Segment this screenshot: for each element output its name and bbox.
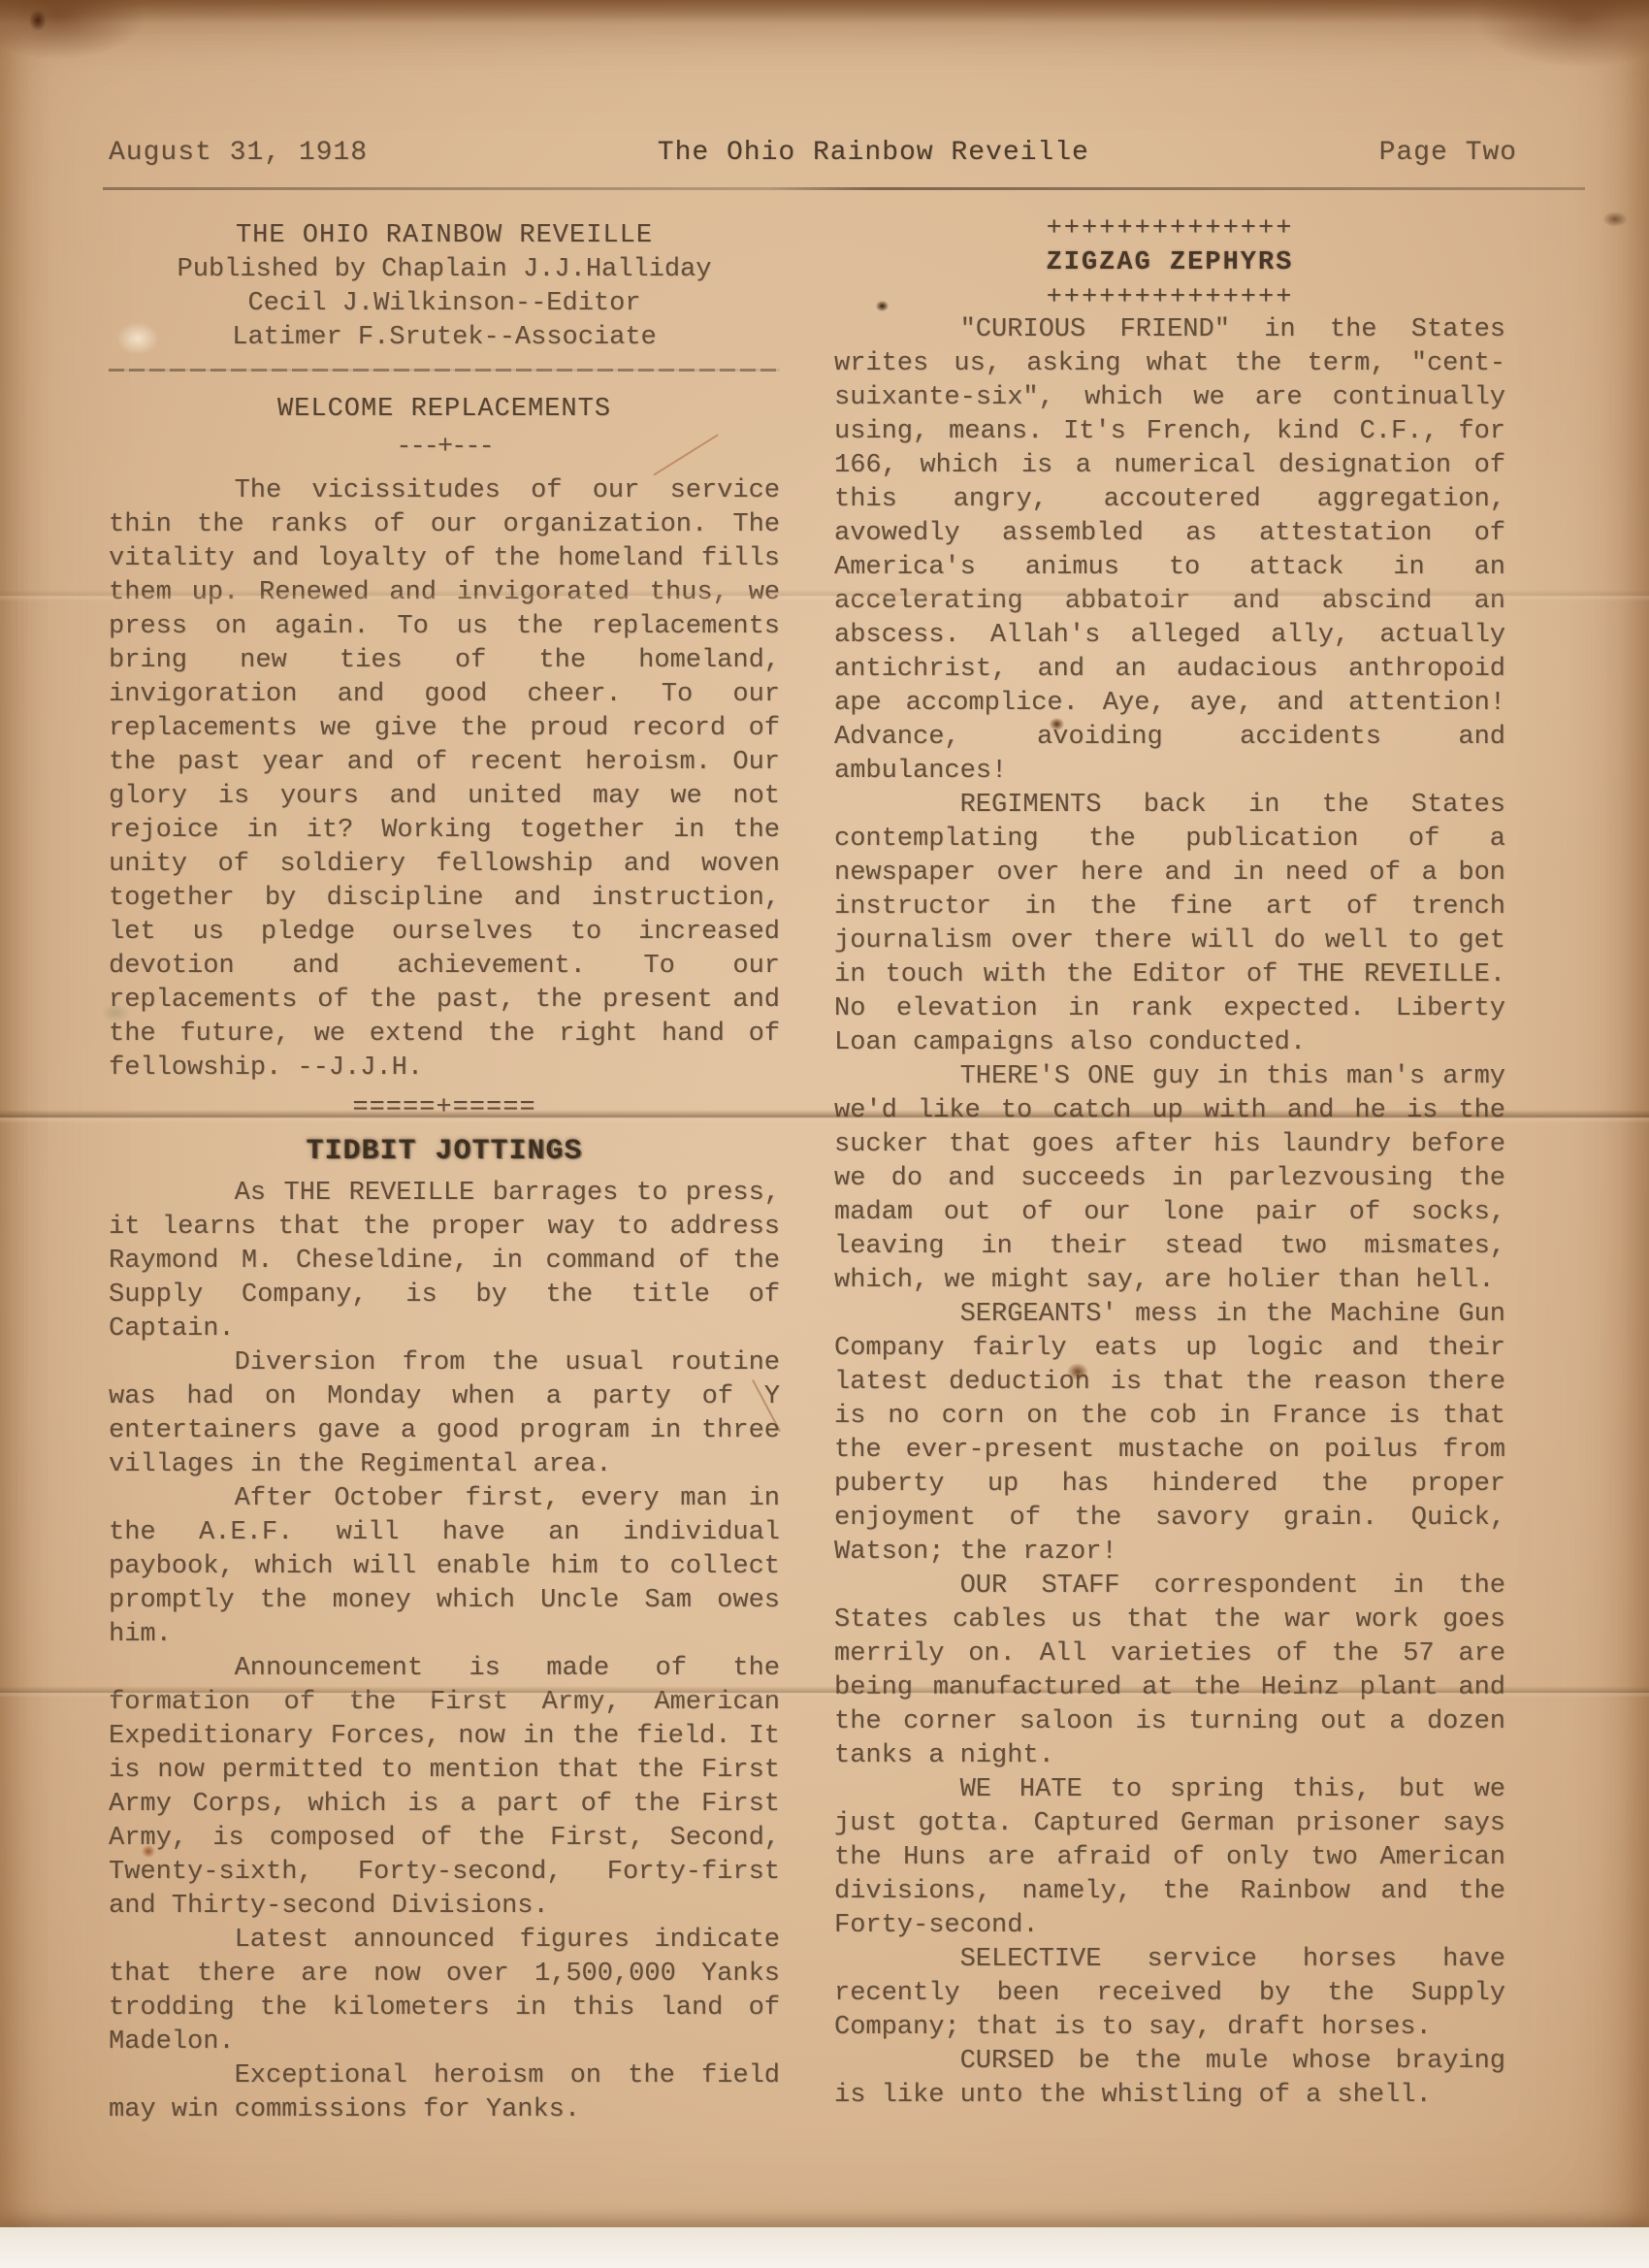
welcome-paragraph: The vicissitudes of our service thin the… — [109, 474, 780, 1085]
header-rule — [103, 187, 1585, 190]
masthead-divider — [109, 369, 780, 372]
scan-bottom-edge — [0, 2227, 1649, 2268]
masthead-title: THE OHIO RAINBOW REVEILLE — [109, 219, 780, 253]
tidbit-heading: TIDBIT JOTTINGS — [109, 1135, 780, 1169]
tidbit-paragraph: As THE REVEILLE barrages to press, it le… — [109, 1177, 780, 1346]
masthead-publisher: Published by Chaplain J.J.Halliday — [109, 253, 780, 287]
ink-spot — [29, 10, 47, 31]
welcome-heading: WELCOME REPLACEMENTS — [109, 393, 780, 427]
masthead-editor: Cecil J.Wilkinson--Editor — [109, 287, 780, 321]
scan-top-edge — [0, 0, 1649, 23]
masthead: THE OHIO RAINBOW REVEILLE Published by C… — [109, 219, 780, 355]
issue-date: August 31, 1918 — [109, 138, 368, 168]
page-number: Page Two — [1379, 138, 1517, 168]
zigzag-border-bottom: ++++++++++++++ — [834, 282, 1505, 313]
tidbit-paragraph: Latest announced figures indicate that t… — [109, 1924, 780, 2059]
zigzag-paragraph: "CURIOUS FRIEND" in the States writes us… — [834, 313, 1505, 789]
paper-stain — [1602, 211, 1628, 227]
newspaper-page-scan: August 31, 1918 The Ohio Rainbow Reveill… — [0, 0, 1649, 2268]
zigzag-paragraph: WE HATE to spring this, but we just gott… — [834, 1773, 1505, 1943]
heading-mark: ---+--- — [109, 431, 780, 465]
tidbit-paragraph: Announcement is made of the formation of… — [109, 1652, 780, 1924]
tidbit-paragraph: After October first, every man in the A.… — [109, 1482, 780, 1652]
zigzag-paragraph: SERGEANTS' mess in the Machine Gun Compa… — [834, 1298, 1505, 1570]
section-divider: =====+===== — [109, 1091, 780, 1125]
scan-corner-shadow — [0, 0, 145, 60]
zigzag-border-top: ++++++++++++++ — [834, 213, 1505, 244]
tidbit-paragraph: Diversion from the usual routine was had… — [109, 1346, 780, 1482]
zigzag-heading: ZIGZAG ZEPHYRS — [834, 246, 1505, 280]
page-header: August 31, 1918 The Ohio Rainbow Reveill… — [109, 138, 1517, 168]
tidbit-paragraph: Exceptional heroism on the field may win… — [109, 2059, 780, 2127]
right-column: ++++++++++++++ ZIGZAG ZEPHYRS ++++++++++… — [834, 213, 1505, 2113]
left-column: THE OHIO RAINBOW REVEILLE Published by C… — [109, 219, 780, 2127]
masthead-associate: Latimer F.Srutek--Associate — [109, 321, 780, 355]
scan-corner-shadow — [1474, 0, 1649, 68]
page-title: The Ohio Rainbow Reveille — [658, 138, 1089, 168]
zigzag-paragraph: CURSED be the mule whose braying is like… — [834, 2045, 1505, 2113]
zigzag-paragraph: SELECTIVE service horses have recently b… — [834, 1943, 1505, 2045]
zigzag-paragraph: REGIMENTS back in the States contemplati… — [834, 789, 1505, 1060]
zigzag-paragraph: OUR STAFF correspondent in the States ca… — [834, 1570, 1505, 1773]
zigzag-paragraph: THERE'S ONE guy in this man's army we'd … — [834, 1060, 1505, 1298]
